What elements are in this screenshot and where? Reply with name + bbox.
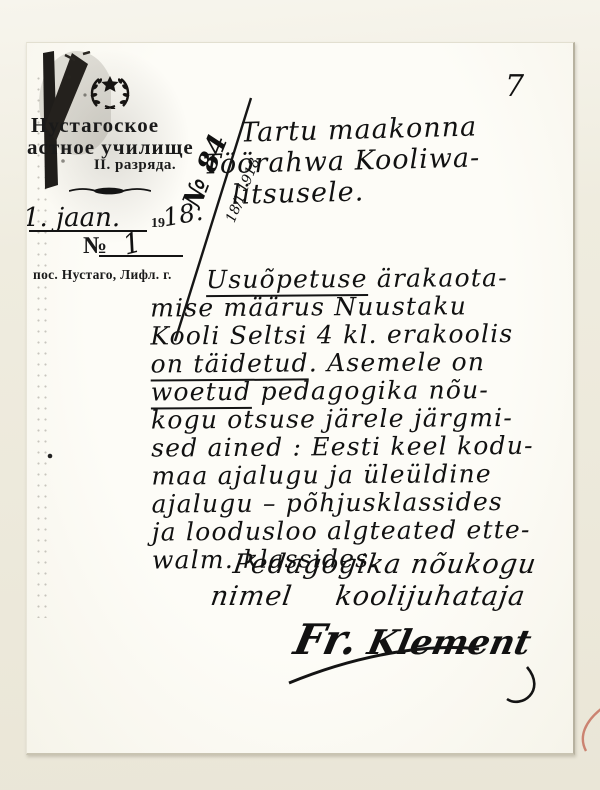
album-page-mount: Нустагоское астное училище II. разряда. …	[0, 0, 600, 790]
document-photo: Нустагоское астное училище II. разряда. …	[26, 42, 575, 755]
ink-strokes-overlay	[27, 43, 573, 753]
red-pencil-mark	[576, 706, 600, 754]
